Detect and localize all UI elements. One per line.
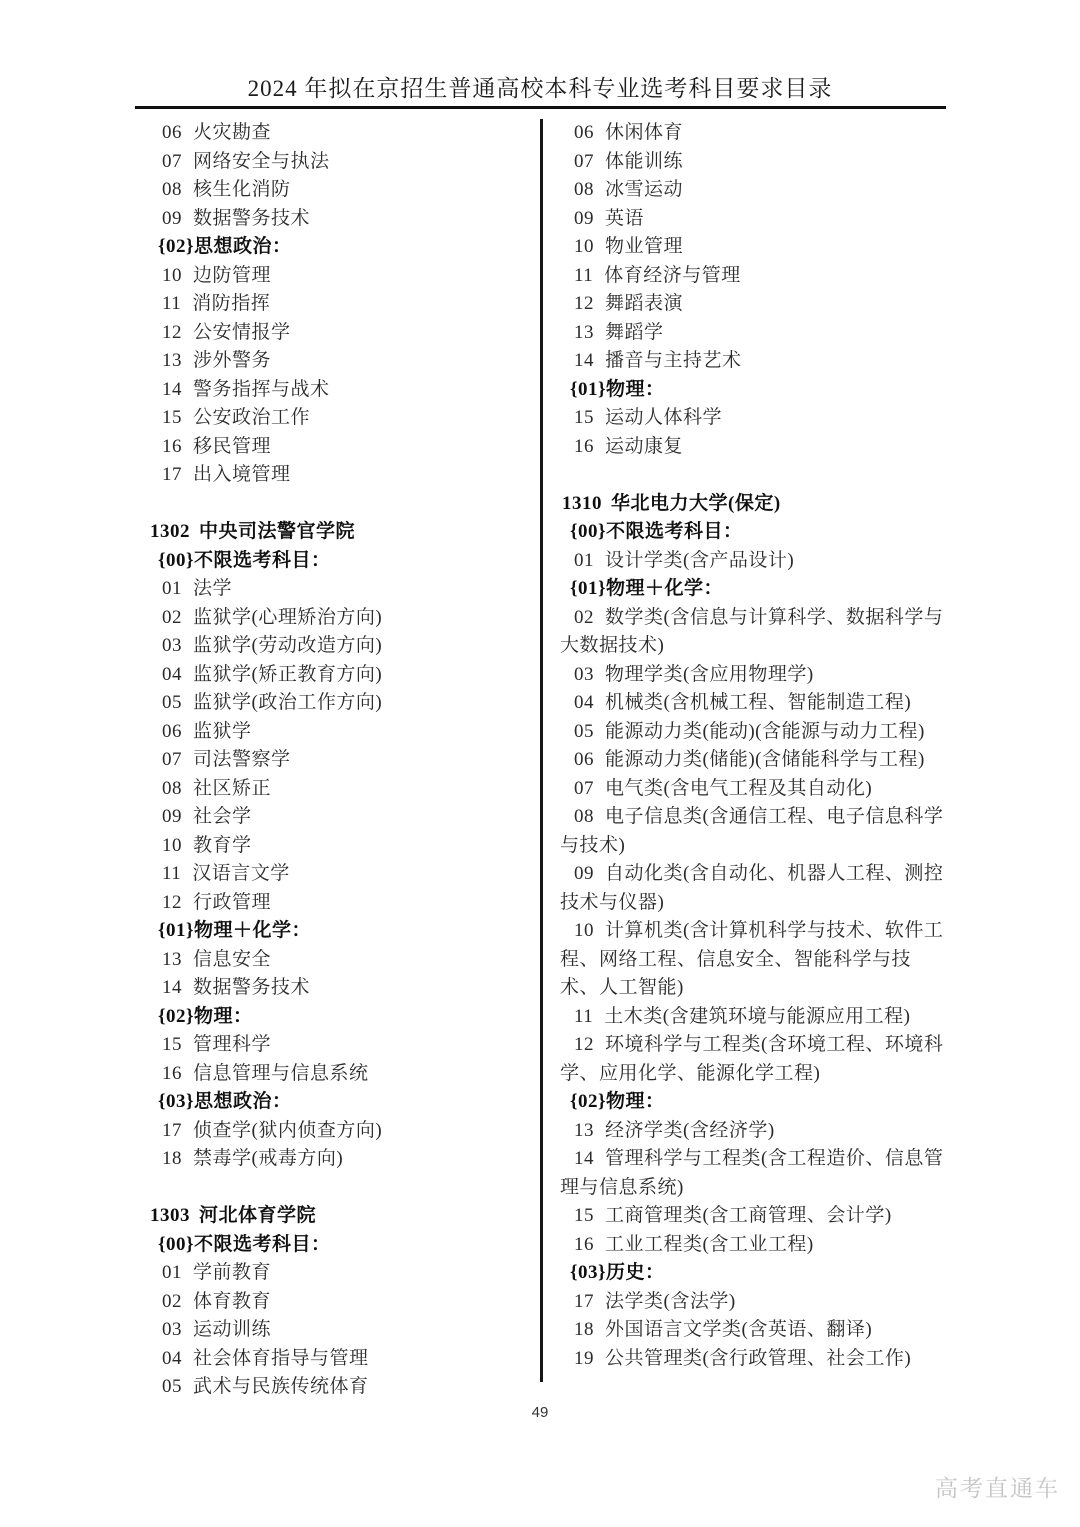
item-text: 机械类(含机械工程、智能制造工程) [605,692,911,713]
list-item: 13涉外警务 [148,347,540,376]
item-number: 02 [162,607,182,628]
item-number: 10 [574,920,594,941]
item-text: 火灾勘查 [193,122,271,143]
list-item: 13经济学类(含经济学) [560,1117,945,1146]
page-title: 2024 年拟在京招生普通高校本科专业选考科目要求目录 [0,70,1080,103]
list-item: 15工商管理类(含工商管理、会计学) [560,1202,945,1231]
list-item: 17出入境管理 [148,461,540,490]
item-number: 17 [574,1291,594,1312]
item-text: 行政管理 [193,892,271,913]
item-number: 05 [574,721,594,742]
item-number: 17 [162,464,182,485]
item-number: 14 [574,1148,594,1169]
item-number: 09 [574,863,594,884]
item-number: 09 [162,208,182,229]
list-item: 06监狱学 [148,718,540,747]
subject-group-header: {02}物理： [560,1088,945,1117]
item-number: 11 [574,265,593,286]
page-number: 49 [0,1404,1080,1421]
group-code: {00} [158,550,194,571]
school-code: 1310 [562,493,602,514]
list-item: 13信息安全 [148,946,540,975]
item-number: 13 [162,949,182,970]
item-text: 环境科学与工程类(含环境工程、环境科学、应用化学、能源化学工程) [560,1034,943,1084]
list-item: 17侦查学(狱内侦查方向) [148,1117,540,1146]
item-text: 设计学类(含产品设计) [605,550,794,571]
list-item: 11消防指挥 [148,290,540,319]
item-text: 物业管理 [605,236,683,257]
item-text: 数据警务技术 [193,977,310,998]
item-number: 10 [162,835,182,856]
school-header: 1303河北体育学院 [148,1202,540,1231]
list-item: 07司法警察学 [148,746,540,775]
subject-group-header: {00}不限选考科目： [560,518,945,547]
list-item: 12公安情报学 [148,319,540,348]
item-number: 03 [162,635,182,656]
item-text: 能源动力类(储能)(含储能科学与工程) [605,749,925,770]
subject-group-header: {02}物理： [148,1003,540,1032]
item-text: 边防管理 [193,265,271,286]
list-item: 18禁毒学(戒毒方向) [148,1145,540,1174]
school-code: 1303 [150,1205,190,1226]
list-item: 05监狱学(政治工作方向) [148,689,540,718]
list-item: 11土木类(含建筑环境与能源应用工程) [560,1003,945,1032]
item-text: 体育经济与管理 [604,265,741,286]
list-item: 14管理科学与工程类(含工程造价、信息管理与信息系统) [560,1145,945,1202]
subject-group-header: {01}物理＋化学： [560,575,945,604]
item-number: 10 [574,236,594,257]
item-number: 17 [162,1120,182,1141]
group-code: {01} [158,920,194,941]
list-item: 05能源动力类(能动)(含能源与动力工程) [560,718,945,747]
group-name: 物理： [194,1006,253,1027]
group-code: {02} [570,1091,606,1112]
item-number: 15 [574,1205,594,1226]
item-number: 16 [574,1234,594,1255]
item-number: 12 [162,892,182,913]
list-item: 14警务指挥与战术 [148,376,540,405]
group-name: 历史： [606,1262,665,1283]
item-text: 信息安全 [193,949,271,970]
item-text: 管理科学与工程类(含工程造价、信息管理与信息系统) [560,1148,943,1198]
item-text: 警务指挥与战术 [193,379,330,400]
group-name: 思想政治： [194,1091,292,1112]
item-text: 侦查学(狱内侦查方向) [193,1120,382,1141]
item-number: 06 [162,721,182,742]
item-text: 运动人体科学 [605,407,722,428]
list-item: 02数学类(含信息与计算科学、数据科学与大数据技术) [560,604,945,661]
item-number: 06 [574,749,594,770]
list-item: 12行政管理 [148,889,540,918]
list-item: 12舞蹈表演 [560,290,945,319]
item-number: 01 [574,550,594,571]
subject-group-header: {03}思想政治： [148,1088,540,1117]
list-item: 15管理科学 [148,1031,540,1060]
item-text: 社区矫正 [193,778,271,799]
item-number: 08 [574,806,594,827]
list-item: 16运动康复 [560,433,945,462]
item-text: 体育教育 [193,1291,271,1312]
list-item: 14播音与主持艺术 [560,347,945,376]
group-code: {03} [158,1091,194,1112]
group-code: {02} [158,1006,194,1027]
item-text: 休闲体育 [605,122,683,143]
item-text: 学前教育 [193,1262,271,1283]
item-number: 10 [162,265,182,286]
item-text: 舞蹈学 [605,322,664,343]
item-text: 土木类(含建筑环境与能源应用工程) [604,1006,910,1027]
item-number: 18 [574,1319,594,1340]
list-item: 11体育经济与管理 [560,262,945,291]
item-text: 电子信息类(含通信工程、电子信息科学与技术) [560,806,943,856]
item-text: 英语 [605,208,644,229]
list-item: 07体能训练 [560,148,945,177]
item-number: 13 [574,322,594,343]
school-code: 1302 [150,521,190,542]
item-text: 禁毒学(戒毒方向) [193,1148,343,1169]
item-number: 09 [574,208,594,229]
item-text: 管理科学 [193,1034,271,1055]
item-text: 监狱学 [193,721,252,742]
group-code: {00} [570,521,606,542]
group-name: 物理： [606,1091,665,1112]
item-text: 工商管理类(含工商管理、会计学) [605,1205,892,1226]
header-divider-line [135,106,946,109]
school-header: 1302中央司法警官学院 [148,518,540,547]
item-text: 社会体育指导与管理 [193,1348,369,1369]
item-number: 07 [162,151,182,172]
item-text: 经济学类(含经济学) [605,1120,775,1141]
item-text: 出入境管理 [193,464,291,485]
list-item: 08冰雪运动 [560,176,945,205]
item-text: 网络安全与执法 [193,151,330,172]
list-item: 02体育教育 [148,1288,540,1317]
list-item: 03运动训练 [148,1316,540,1345]
list-item: 01法学 [148,575,540,604]
item-text: 外国语言文学类(含英语、翻译) [605,1319,872,1340]
list-item: 14数据警务技术 [148,974,540,1003]
item-text: 播音与主持艺术 [605,350,742,371]
list-item: 03物理学类(含应用物理学) [560,661,945,690]
group-name: 不限选考科目： [194,1234,331,1255]
item-text: 信息管理与信息系统 [193,1063,369,1084]
group-code: {01} [570,379,606,400]
list-item: 06火灾勘查 [148,119,540,148]
item-number: 15 [162,407,182,428]
item-text: 消防指挥 [192,293,270,314]
list-item: 09英语 [560,205,945,234]
group-name: 物理： [606,379,665,400]
item-number: 16 [574,436,594,457]
list-item: 16工业工程类(含工业工程) [560,1231,945,1260]
list-item: 07网络安全与执法 [148,148,540,177]
item-number: 11 [162,293,181,314]
group-code: {02} [158,236,194,257]
list-item: 15公安政治工作 [148,404,540,433]
item-text: 电气类(含电气工程及其自动化) [605,778,872,799]
item-number: 15 [162,1034,182,1055]
item-text: 数据警务技术 [193,208,310,229]
item-text: 核生化消防 [193,179,291,200]
list-item: 16信息管理与信息系统 [148,1060,540,1089]
list-item: 16移民管理 [148,433,540,462]
list-item: 12环境科学与工程类(含环境工程、环境科学、应用化学、能源化学工程) [560,1031,945,1088]
item-number: 08 [574,179,594,200]
list-item: 19公共管理类(含行政管理、社会工作) [560,1345,945,1374]
list-item: 10边防管理 [148,262,540,291]
list-item: 13舞蹈学 [560,319,945,348]
school-name: 中央司法警官学院 [199,521,355,542]
item-number: 16 [162,436,182,457]
item-number: 02 [162,1291,182,1312]
item-text: 移民管理 [193,436,271,457]
list-item: 09社会学 [148,803,540,832]
subject-group-header: {00}不限选考科目： [148,547,540,576]
list-item: 06能源动力类(储能)(含储能科学与工程) [560,746,945,775]
item-number: 01 [162,578,182,599]
item-number: 04 [162,664,182,685]
group-name: 不限选考科目： [194,550,331,571]
list-item: 10教育学 [148,832,540,861]
list-item: 08电子信息类(含通信工程、电子信息科学与技术) [560,803,945,860]
list-item: 15运动人体科学 [560,404,945,433]
list-item: 04监狱学(矫正教育方向) [148,661,540,690]
item-number: 06 [574,122,594,143]
item-text: 法学类(含法学) [605,1291,736,1312]
right-column: 06休闲体育07体能训练08冰雪运动09英语10物业管理11体育经济与管理12舞… [560,119,945,1373]
subject-group-header: {01}物理＋化学： [148,917,540,946]
item-text: 体能训练 [605,151,683,172]
list-item: 04机械类(含机械工程、智能制造工程) [560,689,945,718]
list-item: 09数据警务技术 [148,205,540,234]
item-text: 监狱学(矫正教育方向) [193,664,382,685]
item-number: 12 [574,293,594,314]
item-number: 08 [162,778,182,799]
item-number: 13 [162,350,182,371]
item-text: 舞蹈表演 [605,293,683,314]
list-item: 01学前教育 [148,1259,540,1288]
item-number: 14 [574,350,594,371]
item-text: 数学类(含信息与计算科学、数据科学与大数据技术) [560,607,943,657]
group-name: 不限选考科目： [606,521,743,542]
item-number: 14 [162,977,182,998]
item-text: 监狱学(政治工作方向) [193,692,382,713]
item-text: 能源动力类(能动)(含能源与动力工程) [605,721,925,742]
item-number: 05 [162,1376,182,1397]
item-number: 07 [574,151,594,172]
school-name: 华北电力大学(保定) [611,493,781,514]
list-item: 07电气类(含电气工程及其自动化) [560,775,945,804]
list-item: 09自动化类(含自动化、机器人工程、测控技术与仪器) [560,860,945,917]
item-number: 08 [162,179,182,200]
document-page: 2024 年拟在京招生普通高校本科专业选考科目要求目录 06火灾勘查07网络安全… [0,0,1080,1527]
content-area: 06火灾勘查07网络安全与执法08核生化消防09数据警务技术{02}思想政治：1… [148,119,945,1402]
watermark: 高考直通车 [935,1470,1060,1503]
item-number: 13 [574,1120,594,1141]
group-code: {03} [570,1262,606,1283]
column-divider-line [540,119,543,1382]
item-number: 02 [574,607,594,628]
item-number: 01 [162,1262,182,1283]
list-item: 17法学类(含法学) [560,1288,945,1317]
item-text: 监狱学(劳动改造方向) [193,635,382,656]
left-column: 06火灾勘查07网络安全与执法08核生化消防09数据警务技术{02}思想政治：1… [148,119,540,1402]
item-number: 07 [574,778,594,799]
item-text: 社会学 [193,806,252,827]
item-text: 冰雪运动 [605,179,683,200]
item-text: 汉语言文学 [192,863,290,884]
list-item: 08社区矫正 [148,775,540,804]
list-item: 03监狱学(劳动改造方向) [148,632,540,661]
list-item: 18外国语言文学类(含英语、翻译) [560,1316,945,1345]
item-text: 公安政治工作 [193,407,310,428]
item-number: 03 [574,664,594,685]
item-number: 14 [162,379,182,400]
item-number: 16 [162,1063,182,1084]
group-name: 思想政治： [194,236,292,257]
item-text: 武术与民族传统体育 [193,1376,369,1397]
item-text: 物理学类(含应用物理学) [605,664,814,685]
subject-group-header: {02}思想政治： [148,233,540,262]
item-number: 07 [162,749,182,770]
item-text: 公安情报学 [193,322,291,343]
subject-group-header: {01}物理： [560,376,945,405]
item-number: 15 [574,407,594,428]
item-number: 05 [162,692,182,713]
list-item: 06休闲体育 [560,119,945,148]
group-code: {01} [570,578,606,599]
item-number: 06 [162,122,182,143]
item-text: 监狱学(心理矫治方向) [193,607,382,628]
subject-group-header: {03}历史： [560,1259,945,1288]
item-text: 司法警察学 [193,749,291,770]
item-number: 19 [574,1348,594,1369]
list-item: 10计算机类(含计算机科学与技术、软件工程、网络工程、信息安全、智能科学与技术、… [560,917,945,1003]
group-code: {00} [158,1234,194,1255]
group-name: 物理＋化学： [606,578,723,599]
subject-group-header: {00}不限选考科目： [148,1231,540,1260]
list-item: 02监狱学(心理矫治方向) [148,604,540,633]
item-text: 涉外警务 [193,350,271,371]
item-text: 教育学 [193,835,252,856]
item-number: 11 [574,1006,593,1027]
list-item: 01设计学类(含产品设计) [560,547,945,576]
list-item: 10物业管理 [560,233,945,262]
school-header: 1310华北电力大学(保定) [560,490,945,519]
item-number: 04 [162,1348,182,1369]
item-text: 法学 [193,578,232,599]
item-text: 自动化类(含自动化、机器人工程、测控技术与仪器) [560,863,943,913]
list-item: 08核生化消防 [148,176,540,205]
item-text: 工业工程类(含工业工程) [605,1234,814,1255]
item-number: 11 [162,863,181,884]
item-number: 09 [162,806,182,827]
item-number: 18 [162,1148,182,1169]
item-number: 12 [574,1034,594,1055]
school-name: 河北体育学院 [199,1205,316,1226]
item-number: 03 [162,1319,182,1340]
item-number: 12 [162,322,182,343]
item-text: 运动康复 [605,436,683,457]
item-text: 计算机类(含计算机科学与技术、软件工程、网络工程、信息安全、智能科学与技术、人工… [560,920,943,998]
list-item: 11汉语言文学 [148,860,540,889]
group-name: 物理＋化学： [194,920,311,941]
item-text: 公共管理类(含行政管理、社会工作) [605,1348,911,1369]
list-item: 04社会体育指导与管理 [148,1345,540,1374]
item-text: 运动训练 [193,1319,271,1340]
item-number: 04 [574,692,594,713]
list-item: 05武术与民族传统体育 [148,1373,540,1402]
